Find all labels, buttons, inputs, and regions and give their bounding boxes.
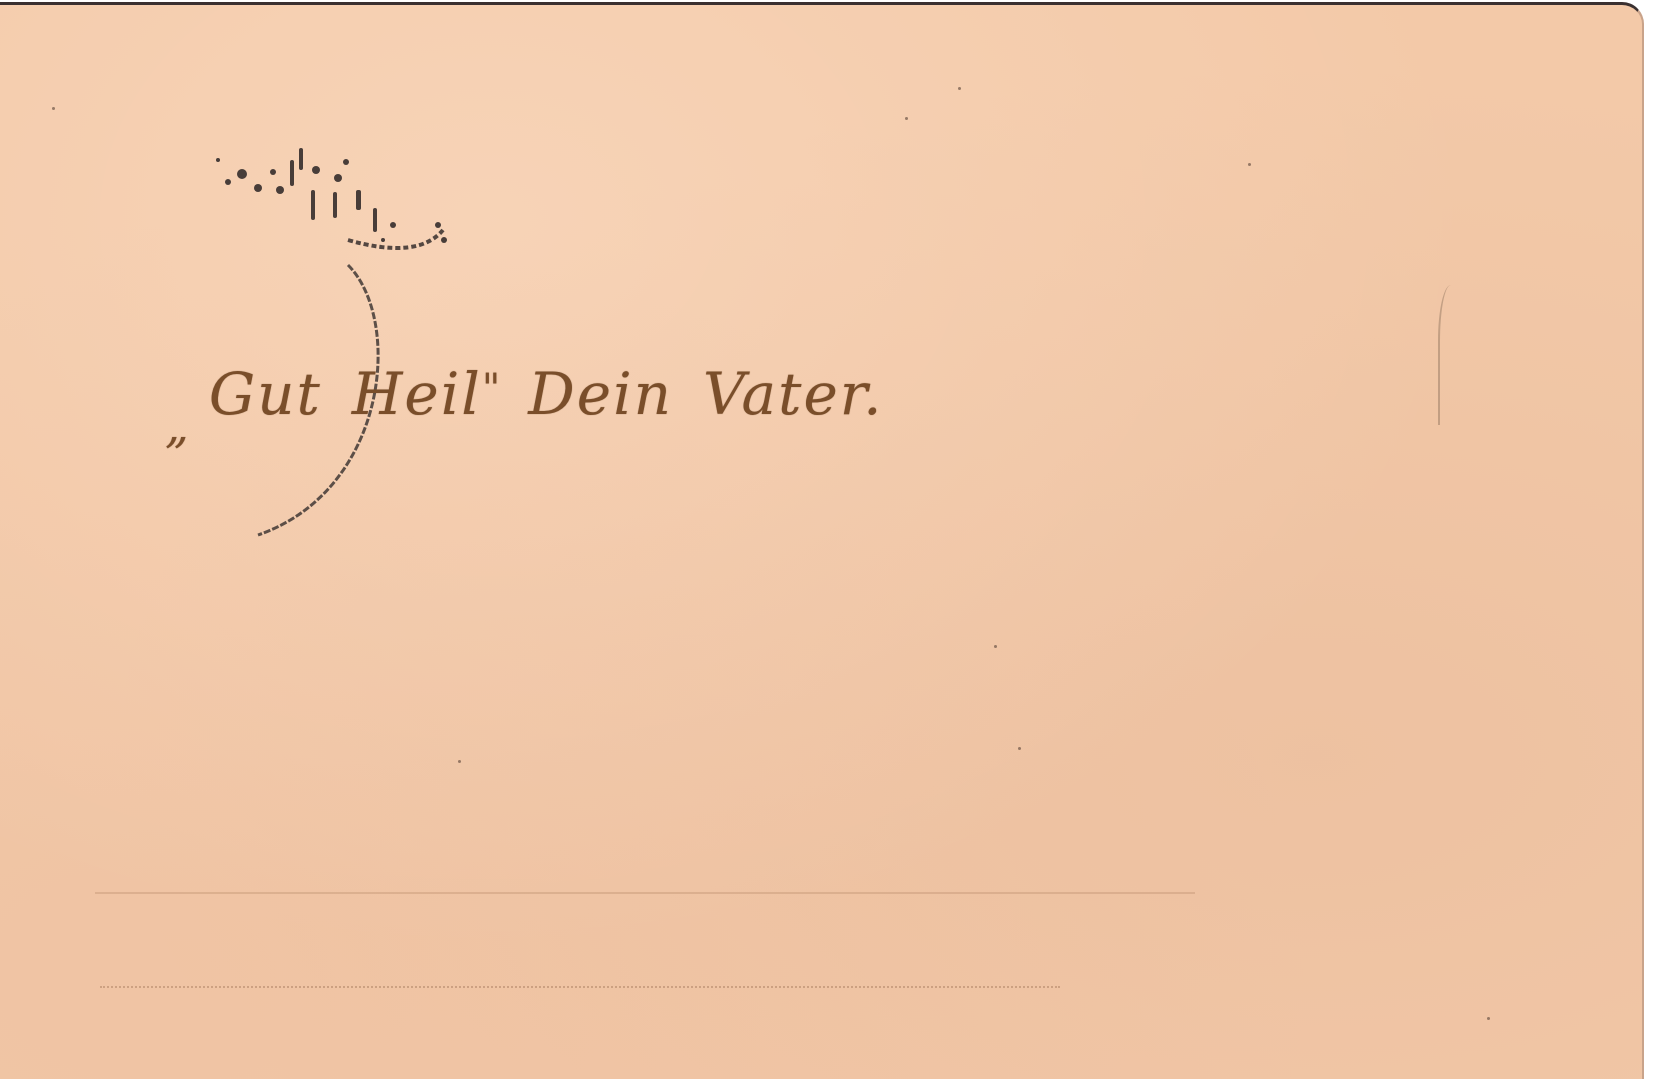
paper-speck	[958, 87, 961, 90]
postcard: „GutHeil"DeinVater.	[0, 2, 1644, 1079]
paper-speck	[905, 117, 908, 120]
handwritten-message: „GutHeil"DeinVater.	[165, 360, 884, 428]
paper-speck	[1248, 163, 1251, 166]
paper-speck	[1487, 1017, 1490, 1020]
page: „GutHeil"DeinVater.	[0, 0, 1658, 1079]
paper-speck	[1018, 747, 1021, 750]
close-quote: "	[482, 366, 502, 412]
paper-speck	[994, 645, 997, 648]
paper-crease	[1438, 285, 1470, 425]
signoff-word-2: Vater.	[703, 360, 884, 428]
greeting-word-2: Heil	[352, 360, 482, 428]
postmark-ink	[216, 148, 447, 243]
postmark-stamp	[198, 130, 458, 560]
open-quote: „	[165, 399, 191, 453]
printed-line	[95, 892, 1195, 894]
signoff-word-1: Dein	[528, 360, 673, 428]
paper-speck	[52, 107, 55, 110]
greeting-word-1: Gut	[209, 360, 322, 428]
printed-dotted-line	[100, 986, 1060, 988]
paper-speck	[458, 760, 461, 763]
